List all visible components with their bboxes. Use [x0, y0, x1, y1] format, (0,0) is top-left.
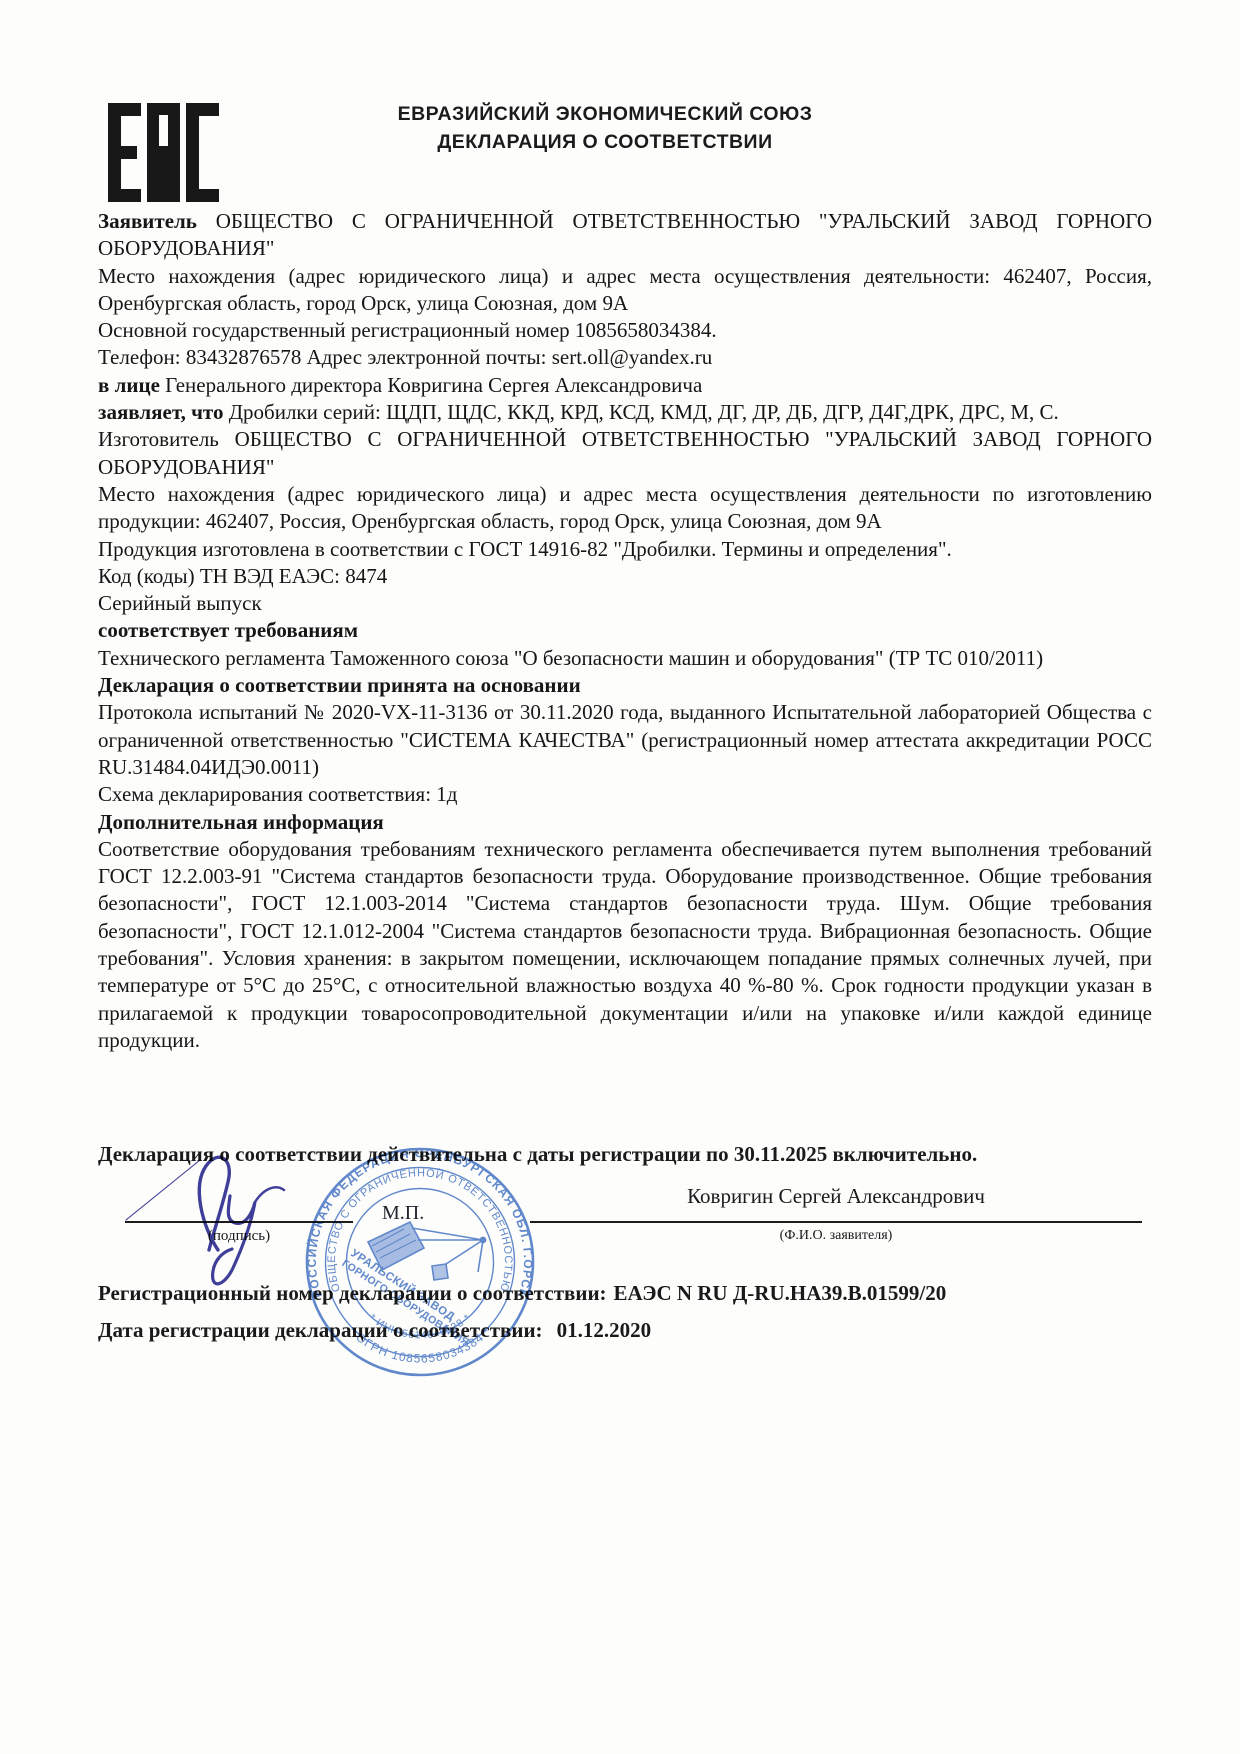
signature-scribble-icon: [118, 1138, 348, 1313]
paragraph-gost: Продукция изготовлена в соответствии с Г…: [98, 536, 1152, 563]
registration-date-value: 01.12.2020: [557, 1318, 652, 1342]
paragraph-additional-info: Соответствие оборудования требованиям те…: [98, 836, 1152, 1054]
applicant-name: Ковригин Сергей Александрович: [530, 1184, 1142, 1209]
paragraph-regulation: Технического регламента Таможенного союз…: [98, 645, 1152, 672]
title-union: ЕВРАЗИЙСКИЙ ЭКОНОМИЧЕСКИЙ СОЮЗ: [305, 100, 905, 128]
paragraph-test-protocol: Протокола испытаний № 2020-VX-11-3136 от…: [98, 699, 1152, 781]
declaration-body: Заявитель ОБЩЕСТВО С ОГРАНИЧЕННОЙ ОТВЕТС…: [98, 208, 1152, 1054]
eac-logo-icon: EAC: [108, 103, 219, 202]
paragraph-phone-email: Телефон: 83432876578 Адрес электронной п…: [98, 344, 1152, 371]
registration-number-value: ЕАЭС N RU Д-RU.НА39.В.01599/20: [614, 1281, 947, 1305]
page-title: ЕВРАЗИЙСКИЙ ЭКОНОМИЧЕСКИЙ СОЮЗ ДЕКЛАРАЦИ…: [305, 100, 905, 156]
title-declaration: ДЕКЛАРАЦИЯ О СООТВЕТСТВИИ: [305, 128, 905, 156]
applicant-name-caption: (Ф.И.О. заявителя): [530, 1228, 1142, 1244]
paragraph-tnved-code: Код (коды) ТН ВЭД ЕАЭС: 8474: [98, 563, 1152, 590]
paragraph-manufacturer: Изготовитель ОБЩЕСТВО С ОГРАНИЧЕННОЙ ОТВ…: [98, 426, 1152, 481]
paragraph-serial: Серийный выпуск: [98, 590, 1152, 617]
paragraph-ogrn: Основной государственный регистрационный…: [98, 317, 1152, 344]
paragraph-scheme: Схема декларирования соответствия: 1д: [98, 781, 1152, 808]
paragraph-representative: в лице Генерального директора Ковригина …: [98, 372, 1152, 399]
declaration-document: EAC ЕВРАЗИЙСКИЙ ЭКОНОМИЧЕСКИЙ СОЮЗ ДЕКЛА…: [0, 0, 1240, 1754]
paragraph-applicant: Заявитель ОБЩЕСТВО С ОГРАНИЧЕННОЙ ОТВЕТС…: [98, 208, 1152, 263]
paragraph-conforms-heading: соответствует требованиям: [98, 617, 1152, 644]
paragraph-manufacturer-address: Место нахождения (адрес юридического лиц…: [98, 481, 1152, 536]
paragraph-basis-heading: Декларация о соответствии принята на осн…: [98, 672, 1152, 699]
paragraph-address: Место нахождения (адрес юридического лиц…: [98, 263, 1152, 318]
paragraph-additional-heading: Дополнительная информация: [98, 809, 1152, 836]
fio-line: [530, 1221, 1142, 1223]
paragraph-products: заявляет, что Дробилки серий: ЩДП, ЩДС, …: [98, 399, 1152, 426]
